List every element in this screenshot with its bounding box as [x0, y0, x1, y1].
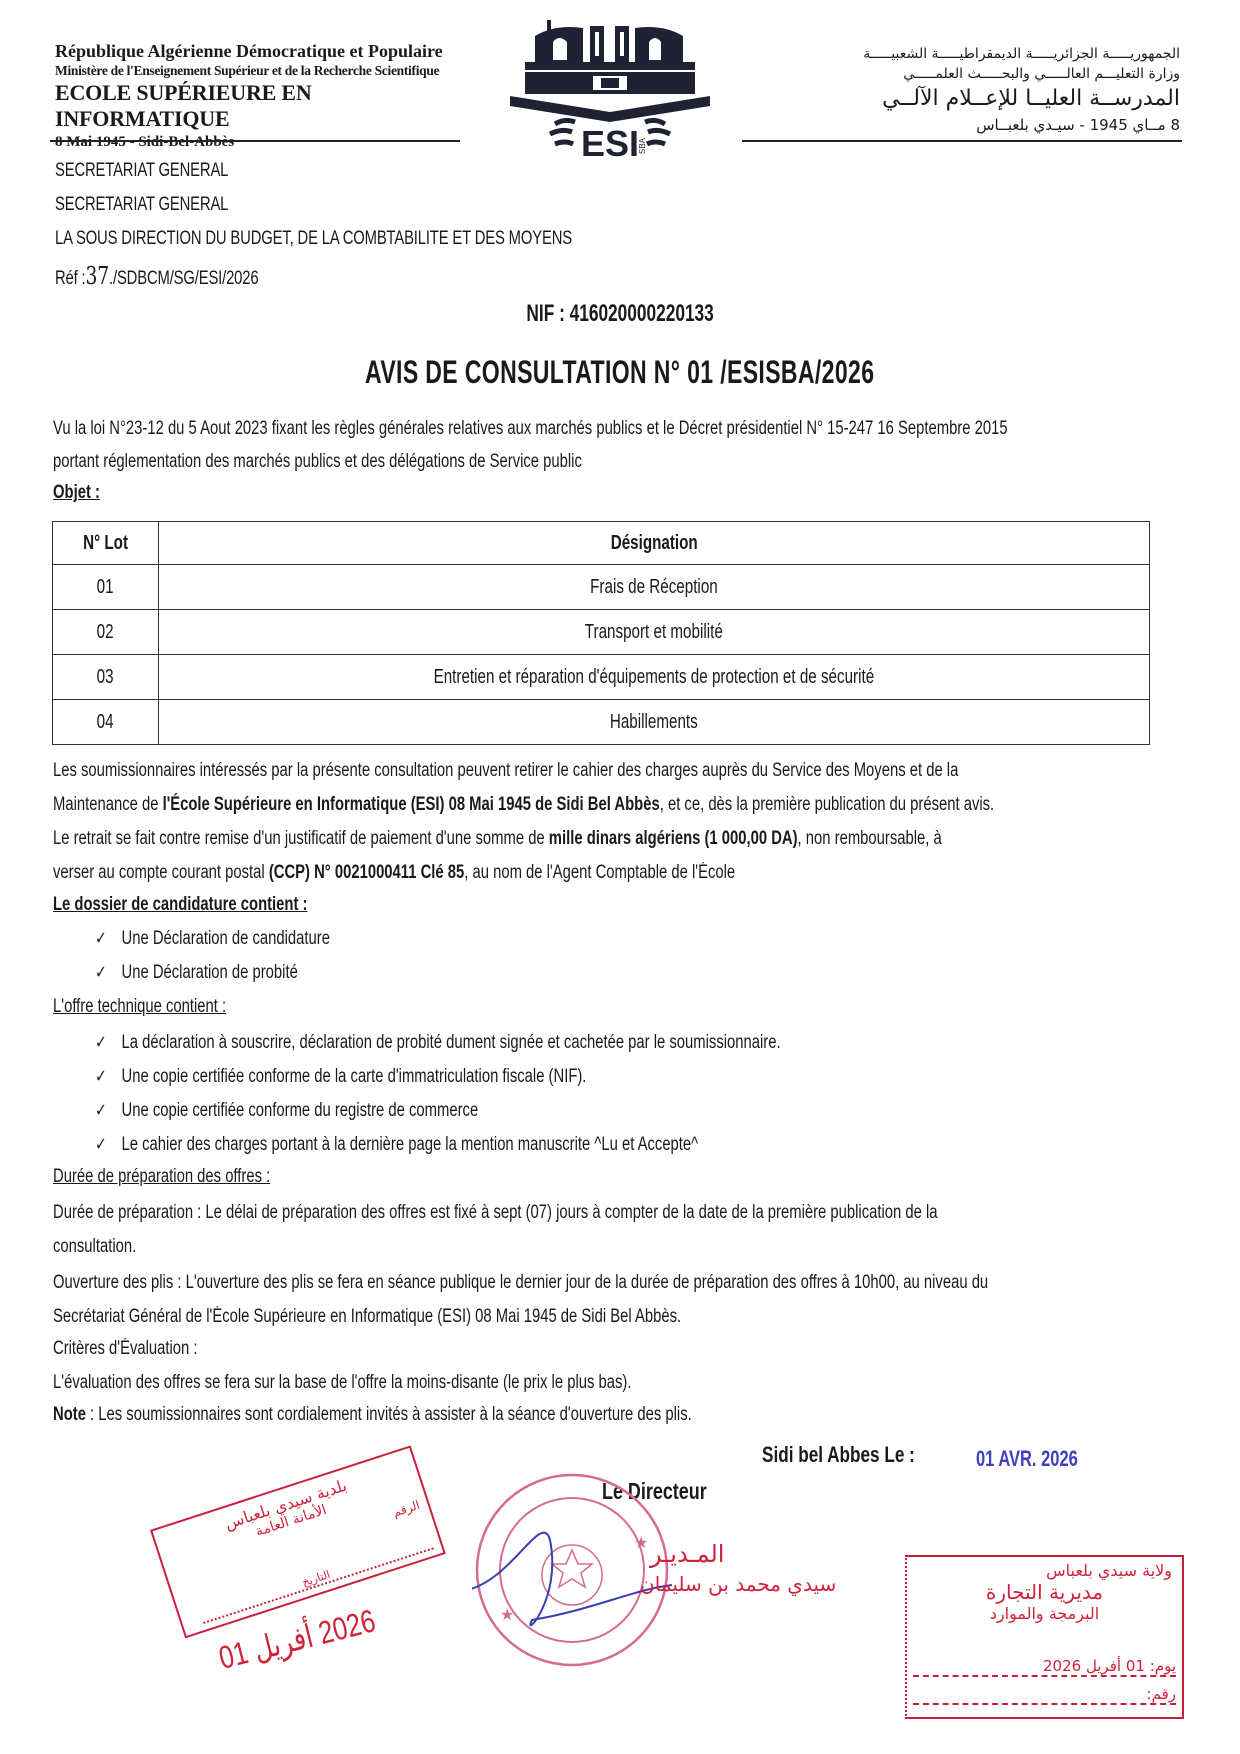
wilaya-stamp-day: يوم: 01 أفريل 2026: [913, 1657, 1176, 1677]
school-address-ar: 8 مــاي 1945 - سيـدي بلعبــاس: [760, 114, 1180, 136]
list-item: ✓Le cahier des charges portant à la dern…: [95, 1134, 698, 1156]
ref-suffix: ./SDBCM/SG/ESI/2026: [109, 268, 258, 289]
lot-designation: Entretien et réparation d'équipements de…: [159, 655, 1150, 700]
list-item: ✓Une copie certifiée conforme de la cart…: [95, 1066, 586, 1088]
ministry-name-ar: وزارة التعليـــم العالـــــي والبحـــــث…: [760, 64, 1180, 84]
list-item: ✓Une copie certifiée conforme du registr…: [95, 1100, 478, 1122]
lot-number: 01: [53, 565, 159, 610]
signatory-title-ar: المـديـر: [650, 1540, 724, 1568]
admin-line-1: SECRETARIAT GENERAL: [55, 160, 228, 182]
document-page: République Algérienne Démocratique et Po…: [0, 0, 1240, 1754]
lot-number: 03: [53, 655, 159, 700]
lot-designation: Transport et mobilité: [159, 610, 1150, 655]
preamble-line-2: portant réglementation des marchés publi…: [53, 451, 582, 473]
ministry-name: Ministère de l'Enseignement Supérieur et…: [55, 62, 475, 80]
table-row: 01 Frais de Réception: [53, 565, 1150, 610]
dossier-heading: Le dossier de candidature contient :: [53, 894, 307, 916]
list-item: ✓La déclaration à souscrire, déclaration…: [95, 1032, 781, 1054]
preamble-line-1: Vu la loi N°23-12 du 5 Aout 2023 fixant …: [53, 418, 1008, 440]
checkmark-icon: ✓: [95, 1134, 122, 1155]
svg-text:★: ★: [634, 1535, 648, 1552]
reference: Réf :37./SDBCM/SG/ESI/2026: [55, 262, 258, 290]
signatory-name-ar: سيدي محمد بن سليمان: [640, 1572, 836, 1596]
school-name: ECOLE SUPÉRIEURE EN INFORMATIQUE: [55, 80, 475, 132]
column-header-lot: N° Lot: [53, 522, 159, 565]
nif-line: NIF : 416020000220133: [0, 300, 1240, 328]
page-title: AVIS DE CONSULTATION N° 01 /ESISBA/2026: [0, 354, 1240, 391]
header-arabic: الجمهوريـــــة الجزائريـــــة الديمقراطي…: [760, 44, 1180, 136]
wilaya-stamp-number: رقم:: [913, 1685, 1176, 1705]
checkmark-icon: ✓: [95, 1066, 122, 1087]
checkmark-icon: ✓: [95, 928, 122, 949]
list-item: ✓Une Déclaration de candidature: [95, 928, 330, 950]
lot-number: 02: [53, 610, 159, 655]
wilaya-stamp: ولاية سيدي بلعباس مديرية التجارة البرمجة…: [905, 1555, 1184, 1719]
lot-designation: Frais de Réception: [159, 565, 1150, 610]
lot-number: 04: [53, 700, 159, 745]
lot-designation: Habillements: [159, 700, 1150, 745]
criteres-text: L'évaluation des offres se fera sur la b…: [53, 1372, 631, 1394]
table-row: 03 Entretien et réparation d'équipements…: [53, 655, 1150, 700]
table-row: 02 Transport et mobilité: [53, 610, 1150, 655]
duree-line-2: consultation.: [53, 1236, 136, 1258]
offre-technique-heading: L'offre technique contient :: [53, 996, 226, 1018]
note-label: Note: [53, 1404, 86, 1425]
retrait-line-3: Le retrait se fait contre remise d'un ju…: [53, 828, 942, 850]
admin-line-2: SECRETARIAT GENERAL: [55, 194, 228, 216]
criteres-heading: Critères d'Évaluation :: [53, 1338, 198, 1360]
official-seal: ★ ★: [472, 1470, 672, 1670]
republic-name: République Algérienne Démocratique et Po…: [55, 40, 475, 62]
republic-name-ar: الجمهوريـــــة الجزائريـــــة الديمقراطي…: [760, 44, 1180, 64]
svg-text:SBA: SBA: [638, 137, 647, 154]
lots-table: N° Lot Désignation 01 Frais de Réception…: [52, 521, 1150, 745]
ouverture-line-2: Secrétariat Général de l'École Supérieur…: [53, 1306, 681, 1328]
svg-text:ESI: ESI: [581, 123, 639, 164]
esi-logo: ESI SBA: [495, 14, 725, 164]
ref-label: Réf :: [55, 268, 86, 289]
retrait-line-4: verser au compte courant postal (CCP) N°…: [53, 862, 735, 884]
ouverture-line-1: Ouverture des plis : L'ouverture des pli…: [53, 1272, 988, 1294]
note-line: Note : Les soumissionnaires sont cordial…: [53, 1404, 692, 1426]
duree-line-1: Durée de préparation : Le délai de prépa…: [53, 1202, 938, 1224]
commune-stamp: بلدية سيدي بلعباس الأمانة العامة الرقم ا…: [150, 1445, 446, 1638]
retrait-line-2: Maintenance de l'École Supérieure en Inf…: [53, 794, 994, 816]
duree-heading: Durée de préparation des offres :: [53, 1166, 270, 1188]
place-date-label: Sidi bel Abbes Le :: [762, 1442, 915, 1468]
checkmark-icon: ✓: [95, 962, 122, 983]
table-row: 04 Habillements: [53, 700, 1150, 745]
table-header-row: N° Lot Désignation: [53, 522, 1150, 565]
header-divider-right: [742, 140, 1182, 142]
header-divider-left: [50, 140, 460, 142]
school-name-ar: المدرســة العليــا للإعــلام الآلــي: [760, 84, 1180, 114]
objet-heading: Objet :: [53, 482, 100, 504]
column-header-designation: Désignation: [159, 522, 1150, 565]
admin-line-3: LA SOUS DIRECTION DU BUDGET, DE LA COMBT…: [55, 228, 572, 250]
ref-number: 37: [86, 262, 110, 290]
date-stamp: 01 AVR. 2026: [976, 1446, 1078, 1472]
checkmark-icon: ✓: [95, 1100, 122, 1121]
retrait-line-1: Les soumissionnaires intéressés par la p…: [53, 760, 958, 782]
list-item: ✓Une Déclaration de probité: [95, 962, 298, 984]
header-french: République Algérienne Démocratique et Po…: [55, 40, 475, 152]
checkmark-icon: ✓: [95, 1032, 122, 1053]
school-address: 8 Mai 1945 - Sidi-Bel-Abbès: [55, 132, 475, 152]
svg-text:★: ★: [500, 1607, 514, 1624]
